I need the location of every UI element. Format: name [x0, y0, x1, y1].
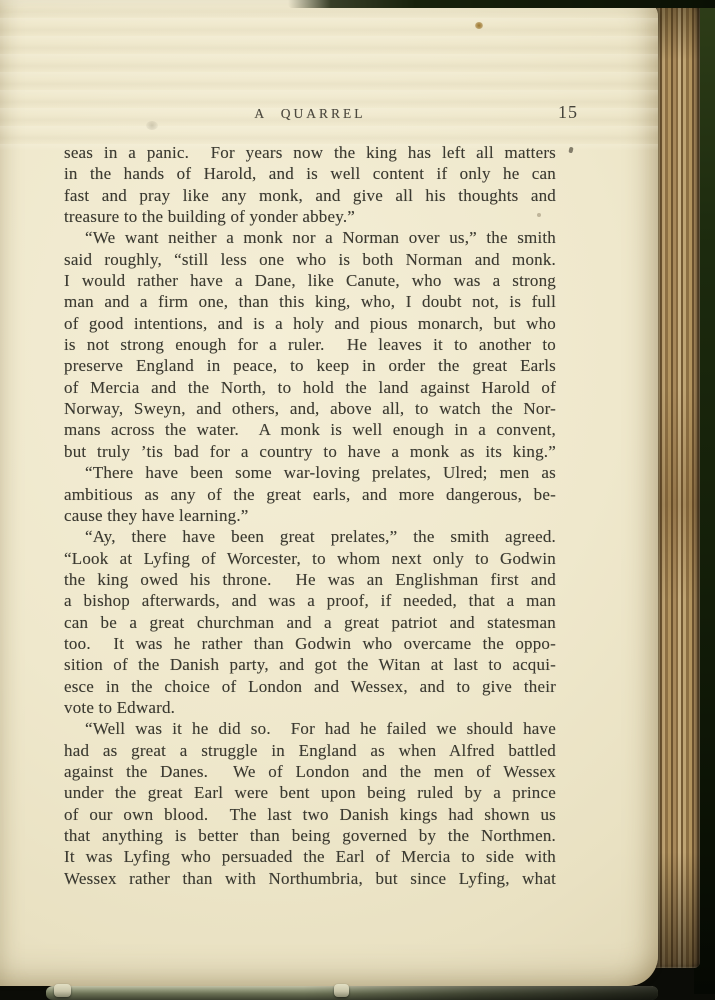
text-line: “We want neither a monk nor a Norman ove… — [64, 227, 556, 248]
page-text: seas in a panic. For years now the king … — [64, 142, 556, 889]
cradle-clip — [54, 984, 71, 997]
text-line: said roughly, “still less one who is bot… — [64, 249, 556, 270]
text-line: preserve England in peace, to keep in or… — [64, 355, 556, 376]
cradle-bar — [46, 986, 658, 1000]
text-line: but truly ’tis bad for a country to have… — [64, 441, 556, 462]
book-photo: A QUARREL 15 seas in a panic. For years … — [0, 0, 715, 1000]
text-line: ambitious as any of the great earls, and… — [64, 484, 556, 505]
text-line: that anything is better than being gover… — [64, 825, 556, 846]
text-line: seas in a panic. For years now the king … — [64, 142, 556, 163]
text-line: against the Danes. We of London and the … — [64, 761, 556, 782]
text-line: sition of the Danish party, and got the … — [64, 654, 556, 675]
text-line: a bishop afterwards, and was a proof, if… — [64, 590, 556, 611]
text-line: I would rather have a Dane, like Canute,… — [64, 270, 556, 291]
text-line: of Mercia and the North, to hold the lan… — [64, 377, 556, 398]
page-fore-edge — [652, 3, 700, 968]
paragraph: “Ay, there have been great prelates,” th… — [64, 526, 556, 718]
paragraph: “Well was it he did so. For had he faile… — [64, 718, 556, 889]
text-line: esce in the choice of London and Wessex,… — [64, 676, 556, 697]
text-line: “There have been some war-loving prelate… — [64, 462, 556, 483]
text-line: “Well was it he did so. For had he faile… — [64, 718, 556, 739]
book-page: A QUARREL 15 seas in a panic. For years … — [0, 0, 658, 986]
page-stain — [475, 22, 483, 29]
text-line: mans across the water. A monk is well en… — [64, 419, 556, 440]
text-line: cause they have learning.” — [64, 505, 556, 526]
text-line: too. It was he rather than Godwin who ov… — [64, 633, 556, 654]
text-line: Wessex rather than with Northumbria, but… — [64, 868, 556, 889]
text-line: “Ay, there have been great prelates,” th… — [64, 526, 556, 547]
text-line: fast and pray like any monk, and give al… — [64, 185, 556, 206]
page-number: 15 — [558, 102, 578, 123]
text-line: vote to Edward. — [64, 697, 556, 718]
text-line: man and a firm one, than this king, who,… — [64, 291, 556, 312]
text-line: of good intentions, and is a holy and pi… — [64, 313, 556, 334]
cradle-clip — [334, 984, 349, 997]
text-line: in the hands of Harold, and is well cont… — [64, 163, 556, 184]
text-line: is not strong enough for a ruler. He lea… — [64, 334, 556, 355]
text-line: had as great a struggle in England as wh… — [64, 740, 556, 761]
text-line: the king owed his throne. He was an Engl… — [64, 569, 556, 590]
text-line: can be a great churchman and a great pat… — [64, 612, 556, 633]
text-line: under the great Earl were bent upon bein… — [64, 782, 556, 803]
page-header: A QUARREL 15 — [64, 105, 556, 123]
book-cover-top-edge — [288, 0, 715, 8]
text-line: Norway, Sweyn, and others, and, above al… — [64, 398, 556, 419]
paragraph: seas in a panic. For years now the king … — [64, 142, 556, 227]
chapter-title: A QUARREL — [254, 106, 365, 121]
text-line: treasure to the building of yonder abbey… — [64, 206, 556, 227]
paragraph: “We want neither a monk nor a Norman ove… — [64, 227, 556, 462]
paragraph: “There have been some war-loving prelate… — [64, 462, 556, 526]
text-line: It was Lyfing who persuaded the Earl of … — [64, 846, 556, 867]
text-line: “Look at Lyfing of Worcester, to whom ne… — [64, 548, 556, 569]
text-line: of our own blood. The last two Danish ki… — [64, 804, 556, 825]
page-stain — [568, 147, 573, 154]
